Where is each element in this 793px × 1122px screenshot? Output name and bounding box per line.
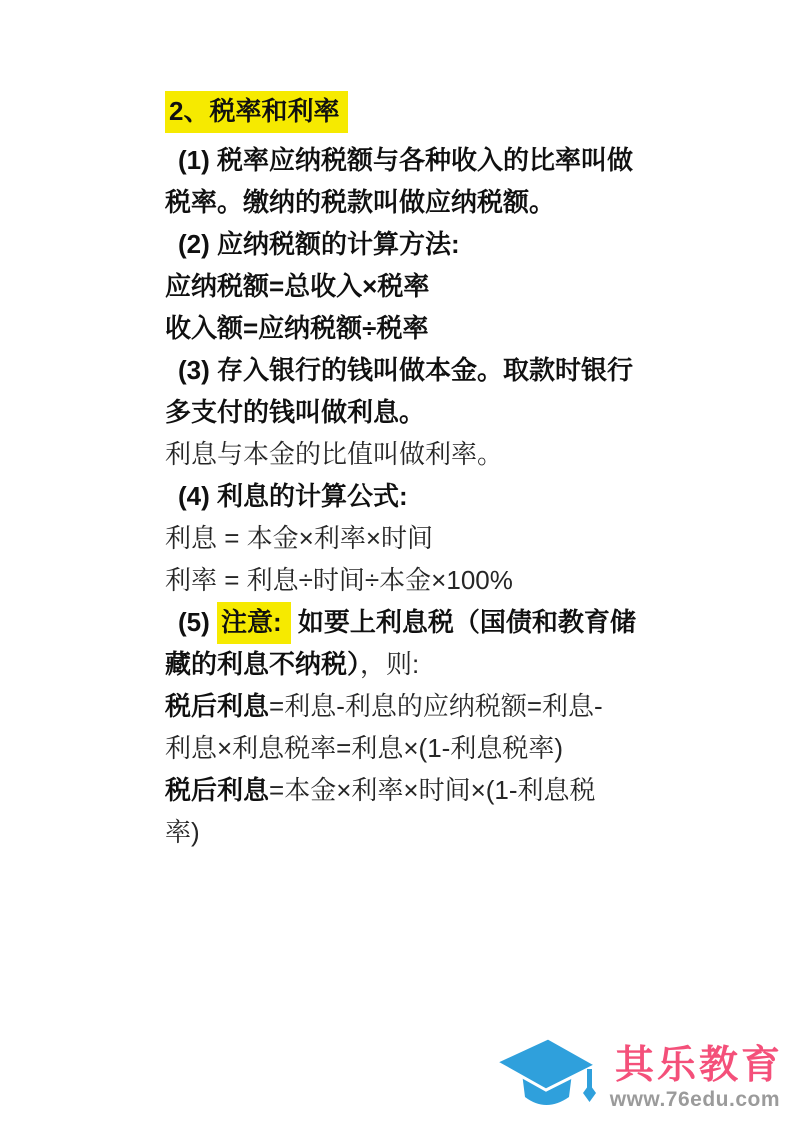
text-line: 利息与本金的比值叫做利率。 <box>165 433 665 475</box>
text-line: (2) 应纳税额的计算方法: <box>165 223 665 265</box>
text-line: 税率。缴纳的税款叫做应纳税额。 <box>165 181 665 223</box>
text-segment: 利息×利息税率=利息×(1-利息税率) <box>165 733 563 763</box>
text-segment: (2) 应纳税额的计算方法: <box>178 229 460 259</box>
text-line: 利息 = 本金×利率×时间 <box>165 517 665 559</box>
section-title: 2、税率和利率 <box>165 90 665 132</box>
text-line: 税后利息=利息-利息的应纳税额=利息- <box>165 685 665 727</box>
text-line: 税后利息=本金×利率×时间×(1-利息税 <box>165 769 665 811</box>
footer-logo-text: 其乐教育 www.76edu.com <box>610 1046 780 1113</box>
text-segment: (5) <box>178 607 217 637</box>
text-segment: 多支付的钱叫做利息。 <box>165 397 425 427</box>
highlighted-text: 2、税率和利率 <box>165 91 348 133</box>
text-segment: 利率 = 利息÷时间÷本金×100% <box>165 565 513 595</box>
text-line: 收入额=应纳税额÷税率 <box>165 307 665 349</box>
text-segment: =利息-利息的应纳税额=利息- <box>269 691 603 721</box>
brand-name: 其乐教育 <box>615 1046 783 1087</box>
document-body: 2、税率和利率(1) 税率应纳税额与各种收入的比率叫做税率。缴纳的税款叫做应纳税… <box>165 90 665 853</box>
text-segment: ，则: <box>360 649 419 679</box>
text-segment: 率) <box>165 817 200 847</box>
text-segment: 税后利息 <box>165 775 269 805</box>
text-line: 藏的利息不纳税），则: <box>165 643 665 685</box>
text-segment: 如要上利息税（国债和教育储 <box>291 607 636 637</box>
text-segment: 收入额=应纳税额÷税率 <box>165 313 428 343</box>
text-segment: 藏的利息不纳税） <box>165 649 360 679</box>
page: 2、税率和利率(1) 税率应纳税额与各种收入的比率叫做税率。缴纳的税款叫做应纳税… <box>0 0 793 1122</box>
text-line: 利率 = 利息÷时间÷本金×100% <box>165 559 665 601</box>
text-line: 率) <box>165 811 665 853</box>
text-segment: (3) 存入银行的钱叫做本金。取款时银行 <box>178 355 633 385</box>
text-segment: 利息与本金的比值叫做利率。 <box>165 439 503 469</box>
text-segment: 利息 = 本金×利率×时间 <box>165 523 433 553</box>
text-segment: =本金×利率×时间×(1-利息税 <box>269 775 596 805</box>
text-line: (1) 税率应纳税额与各种收入的比率叫做 <box>165 139 665 181</box>
highlighted-text: 注意: <box>217 602 291 644</box>
text-segment: (1) 税率应纳税额与各种收入的比率叫做 <box>178 145 633 175</box>
text-line: (5) 注意: 如要上利息税（国债和教育储 <box>165 601 665 643</box>
graduation-cap-icon <box>495 1035 597 1113</box>
text-line: 多支付的钱叫做利息。 <box>165 391 665 433</box>
text-segment: 税后利息 <box>165 691 269 721</box>
text-segment: 税率。缴纳的税款叫做应纳税额。 <box>165 187 555 217</box>
text-segment: (4) 利息的计算公式: <box>178 481 408 511</box>
text-line: (4) 利息的计算公式: <box>165 475 665 517</box>
text-segment: 应纳税额=总收入×税率 <box>165 271 429 301</box>
text-line: 应纳税额=总收入×税率 <box>165 265 665 307</box>
text-line: 利息×利息税率=利息×(1-利息税率) <box>165 727 665 769</box>
text-line: (3) 存入银行的钱叫做本金。取款时银行 <box>165 349 665 391</box>
footer-logo: 其乐教育 www.76edu.com <box>495 1035 780 1113</box>
brand-url: www.76edu.com <box>610 1087 780 1113</box>
